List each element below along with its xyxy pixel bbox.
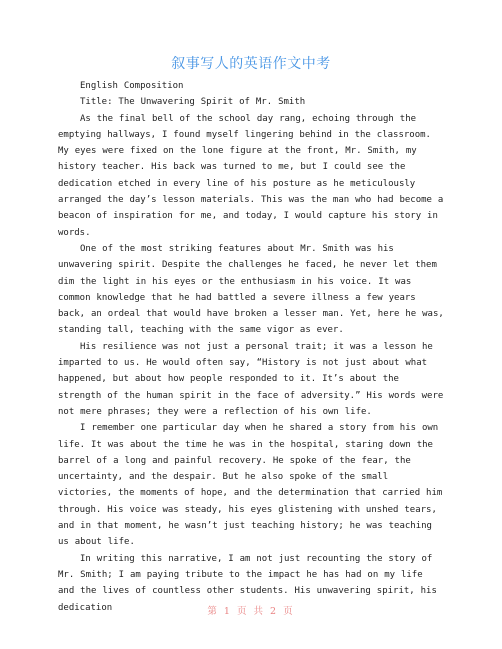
doc-title: 叙事写人的英语作文中考: [0, 0, 502, 74]
paragraph: His resilience was not just a personal t…: [58, 339, 444, 420]
paragraph: I remember one particular day when he sh…: [58, 420, 444, 550]
paragraph: One of the most striking features about …: [58, 241, 444, 339]
paragraph: As the final bell of the school day rang…: [58, 111, 444, 241]
paragraph-heading: English Composition: [58, 78, 444, 94]
doc-body: English Composition Title: The Unwaverin…: [58, 78, 444, 616]
page-footer: 第 1 页 共 2 页: [0, 603, 502, 617]
paragraph-title-line: Title: The Unwavering Spirit of Mr. Smit…: [58, 94, 444, 110]
document-page: 叙事写人的英语作文中考 English Composition Title: T…: [0, 0, 502, 649]
